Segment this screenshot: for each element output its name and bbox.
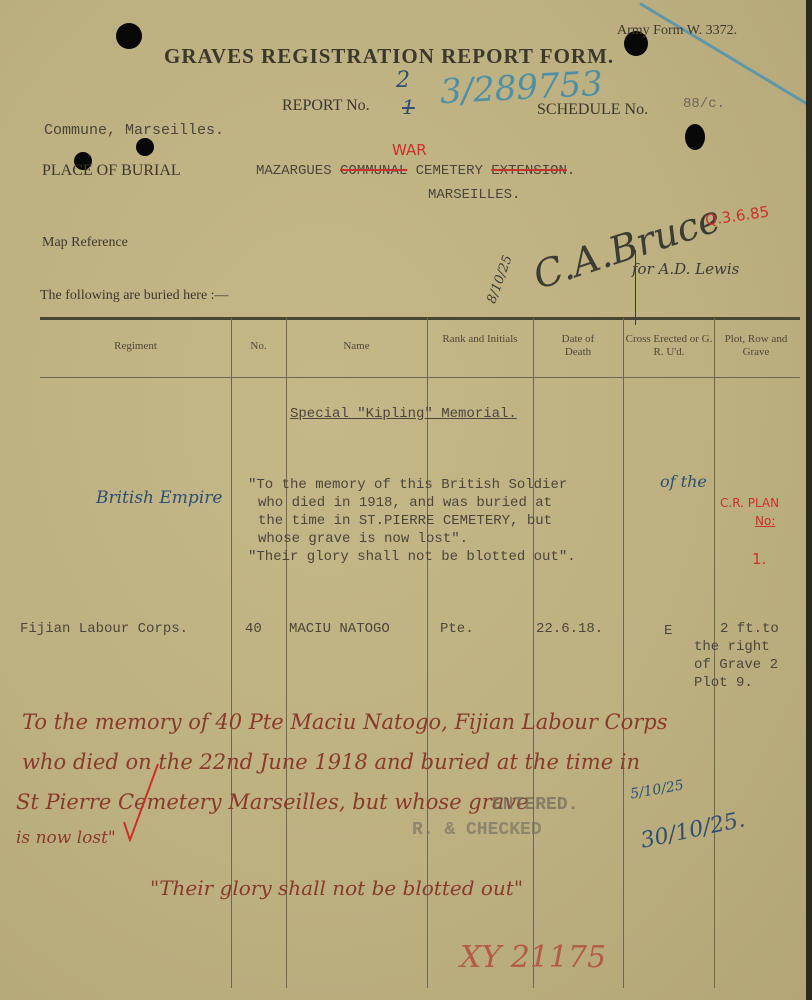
stamp-entered: ENTERED. bbox=[492, 795, 578, 815]
cell-plot-line-4: Plot 9. bbox=[694, 675, 753, 691]
inscription-line-2: who died on the 22nd June 1918 and burie… bbox=[22, 750, 640, 774]
table-top-rule bbox=[40, 317, 800, 320]
memorial-line-5: "Their glory shall not be blotted out". bbox=[248, 549, 576, 565]
inscription-line-5: "Their glory shall not be blotted out" bbox=[150, 876, 523, 900]
struck-communal: COMMUNAL bbox=[340, 163, 407, 179]
cell-cross: E bbox=[664, 623, 672, 639]
signature-for: for A.D. Lewis bbox=[632, 260, 739, 278]
cell-number: 40 bbox=[245, 621, 262, 637]
header-bottom-rule bbox=[40, 377, 800, 378]
form-page: Army Form W. 3372. GRAVES REGISTRATION R… bbox=[0, 0, 806, 1000]
of-the-insert: of the bbox=[660, 472, 707, 491]
place-of-burial-label: PLACE OF BURIAL bbox=[42, 162, 181, 180]
place-of-burial-value: MAZARGUES COMMUNAL CEMETERY EXTENSION. bbox=[256, 163, 575, 179]
cell-plot-line-2: the right bbox=[694, 639, 770, 655]
inscription-line-3: St Pierre Cemetery Marseilles, but whose… bbox=[16, 790, 529, 814]
british-empire-insert: British Empire bbox=[96, 488, 222, 508]
inscription-line-4: is now lost" bbox=[16, 828, 116, 848]
column-header-regiment: Regiment bbox=[40, 340, 231, 353]
cell-plot-line-1: 2 ft.to bbox=[720, 621, 779, 637]
war-insertion: WAR bbox=[392, 141, 427, 159]
place-of-burial-line2: MARSEILLES. bbox=[428, 187, 520, 203]
cell-regiment: Fijian Labour Corps. bbox=[20, 621, 188, 637]
memorial-heading: Special "Kipling" Memorial. bbox=[290, 406, 517, 422]
blue-pencil-stroke bbox=[639, 2, 812, 108]
punch-hole bbox=[116, 23, 142, 49]
cell-rank: Pte. bbox=[440, 621, 474, 637]
cr-plan-label: C.R. PLAN bbox=[720, 496, 779, 510]
red-check-mark bbox=[122, 762, 162, 842]
column-header-no: No. bbox=[231, 340, 286, 353]
cr-plan-no: 1. bbox=[752, 550, 766, 568]
report-no-struck: 1 bbox=[402, 95, 415, 119]
memorial-line-4: whose grave is now lost". bbox=[258, 531, 468, 547]
blue-initials-1: 5/10/25 bbox=[629, 777, 685, 802]
memorial-line-1: "To the memory of this British Soldier bbox=[248, 477, 567, 493]
cell-name: MACIU NATOGO bbox=[289, 621, 390, 637]
cr-plan-no-label: No: bbox=[755, 514, 775, 528]
column-header-plot: Plot, Row and Grave bbox=[716, 333, 796, 359]
blue-initials-2: 30/10/25. bbox=[639, 807, 748, 853]
schedule-no-label: SCHEDULE No. bbox=[537, 101, 648, 119]
column-header-cross: Cross Erected or G. R. U'd. bbox=[624, 333, 714, 359]
report-no-label: REPORT No. bbox=[282, 97, 370, 115]
cell-plot-line-3: of Grave 2 bbox=[694, 657, 778, 673]
punch-hole bbox=[685, 124, 705, 150]
report-no-corrected: 2 bbox=[396, 68, 410, 93]
struck-extension: EXTENSION bbox=[491, 163, 567, 179]
buried-here-label: The following are buried here :— bbox=[40, 288, 229, 304]
form-title: GRAVES REGISTRATION REPORT FORM. bbox=[164, 44, 614, 69]
pencil-date: 8/10/25 bbox=[484, 253, 515, 305]
column-divider bbox=[623, 318, 624, 988]
army-form-number: Army Form W. 3372. bbox=[617, 23, 737, 39]
cemetery-name-part1: MAZARGUES bbox=[256, 163, 332, 179]
column-header-date: Date of Death bbox=[548, 333, 608, 359]
column-header-name: Name bbox=[286, 340, 427, 353]
bottom-reference: XY 21175 bbox=[460, 940, 606, 975]
cemetery-name-part2: CEMETERY bbox=[416, 163, 483, 179]
memorial-line-3: the time in ST.PIERRE CEMETERY, but bbox=[258, 513, 552, 529]
signature-stroke bbox=[635, 250, 636, 325]
page-edge bbox=[806, 0, 812, 1000]
signature: C.A.Bruce bbox=[528, 196, 726, 298]
memorial-line-2: who died in 1918, and was buried at bbox=[258, 495, 552, 511]
punch-hole bbox=[136, 138, 154, 156]
cell-date: 22.6.18. bbox=[536, 621, 603, 637]
stamp-checked: R. & CHECKED bbox=[412, 820, 542, 840]
schedule-no-value: 88/c. bbox=[683, 96, 725, 112]
inscription-line-1: To the memory of 40 Pte Maciu Natogo, Fi… bbox=[22, 710, 668, 734]
column-header-rank: Rank and Initials bbox=[440, 333, 520, 346]
map-reference-label: Map Reference bbox=[42, 235, 128, 251]
column-divider bbox=[533, 318, 534, 988]
commune: Commune, Marseilles. bbox=[44, 122, 224, 139]
